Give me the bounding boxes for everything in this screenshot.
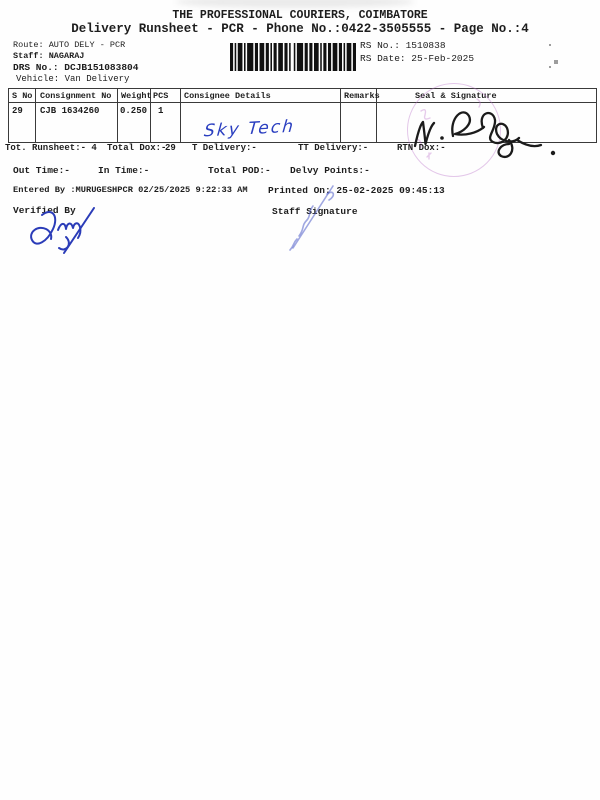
table-column-line [180,88,181,142]
row-consignment-no: CJB 1634260 [40,106,99,116]
vehicle-field: Vehicle: Van Delivery [16,74,129,84]
table-column-line [117,88,118,142]
col-header-consignment: Consignment No [40,91,111,101]
barcode [230,43,356,71]
row-sno: 29 [12,106,23,116]
col-header-weight: Weight [121,91,152,101]
verified-by-signature [18,203,123,258]
col-header-sno: S No [12,91,32,101]
total-dox-value: 29 [165,143,176,153]
scan-smudge [175,0,415,8]
tt-delivery: TT Delivery:- [298,143,368,153]
col-header-pcs: PCS [153,91,168,101]
rtn-dox: RTN Dox:- [397,143,446,153]
page-subtitle: Delivery Runsheet - PCR - Phone No.:0422… [0,22,600,36]
in-time: In Time:- [98,165,149,176]
table-border-top [8,88,597,89]
col-header-remarks: Remarks [344,91,380,101]
scan-speck [554,60,558,64]
handwritten-consignee-name: Sky Tech [203,117,296,142]
col-header-consignee: Consignee Details [184,91,271,101]
scan-speck [549,66,551,68]
total-runsheet: Tot. Runsheet:- 4 [5,143,97,153]
total-dox-label: Total Dox:- [107,143,166,153]
totals-row: Tot. Runsheet:- 4 Total Dox:- 29 T Deliv… [5,143,565,153]
table-column-line [35,88,36,142]
delvy-points: Delvy Points:- [290,165,370,176]
scan-speck [549,44,551,46]
staff-field: Staff: NAGARAJ [13,51,84,61]
seal-signature-handwriting [405,98,560,170]
staff-signature-handwriting [283,178,345,254]
route-field: Route: AUTO DELY - PCR [13,40,125,50]
page-title: THE PROFESSIONAL COURIERS, COIMBATORE [0,9,600,22]
delivery-runsheet-document: THE PROFESSIONAL COURIERS, COIMBATORE De… [0,0,600,800]
total-pod: Total POD:- [208,165,271,176]
row-pcs: 1 [158,106,163,116]
rs-date-field: RS Date: 25-Feb-2025 [360,53,474,64]
t-delivery: T Delivery:- [192,143,257,153]
rs-no-field: RS No.: 1510838 [360,40,446,51]
entered-by: Entered By :MURUGESHPCR 02/25/2025 9:22:… [13,185,248,195]
drs-no-field: DRS No.: DCJB151083804 [13,62,138,73]
table-border-right [596,88,597,142]
table-column-line [340,88,341,142]
out-time: Out Time:- [13,165,70,176]
row-weight: 0.250 [120,106,147,116]
table-border-left [8,88,9,142]
